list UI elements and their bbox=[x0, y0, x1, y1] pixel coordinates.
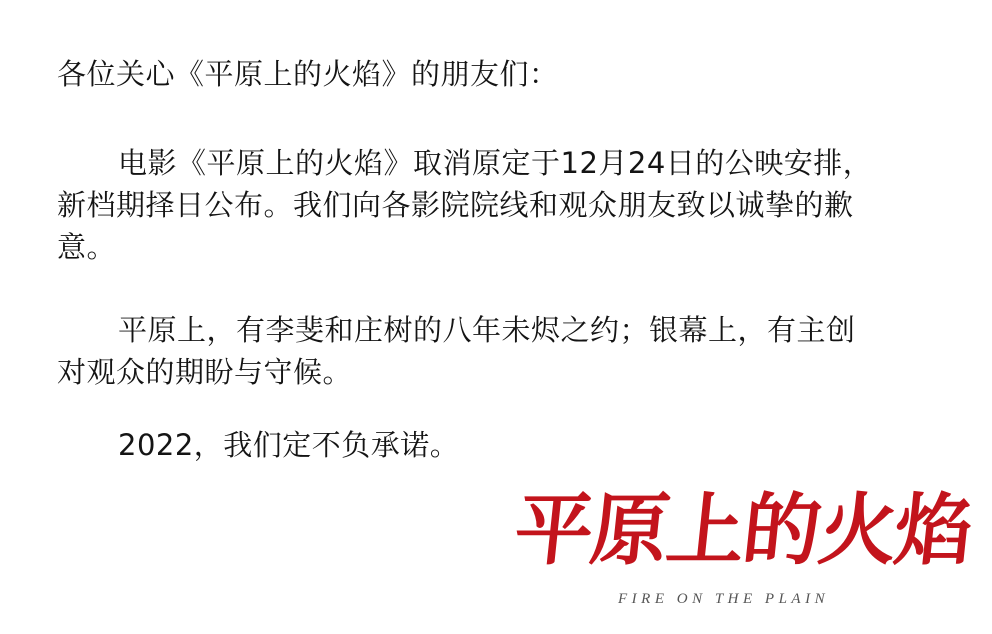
paragraph-1-line-3: 意。 bbox=[57, 229, 116, 265]
logo-title-chinese: 平原上的火焰 bbox=[510, 485, 976, 577]
film-logo: 平原上的火焰 FIRE ON THE PLAIN bbox=[515, 485, 955, 615]
paragraph-1-line-2: 新档期择日公布。我们向各影院院线和观众朋友致以诚挚的歉 bbox=[57, 187, 854, 223]
logo-title-english: FIRE ON THE PLAIN bbox=[618, 591, 829, 608]
salutation: 各位关心《平原上的火焰》的朋友们： bbox=[57, 56, 559, 92]
paragraph-1-line-1: 电影《平原上的火焰》取消原定于12月24日的公映安排， bbox=[118, 145, 872, 181]
paragraph-2-line-1: 平原上，有李斐和庄树的八年未烬之约；银幕上，有主创 bbox=[118, 312, 856, 348]
paragraph-2-line-2: 对观众的期盼与守候。 bbox=[57, 354, 352, 390]
paragraph-3-line-1: 2022，我们定不负承诺。 bbox=[118, 427, 459, 463]
